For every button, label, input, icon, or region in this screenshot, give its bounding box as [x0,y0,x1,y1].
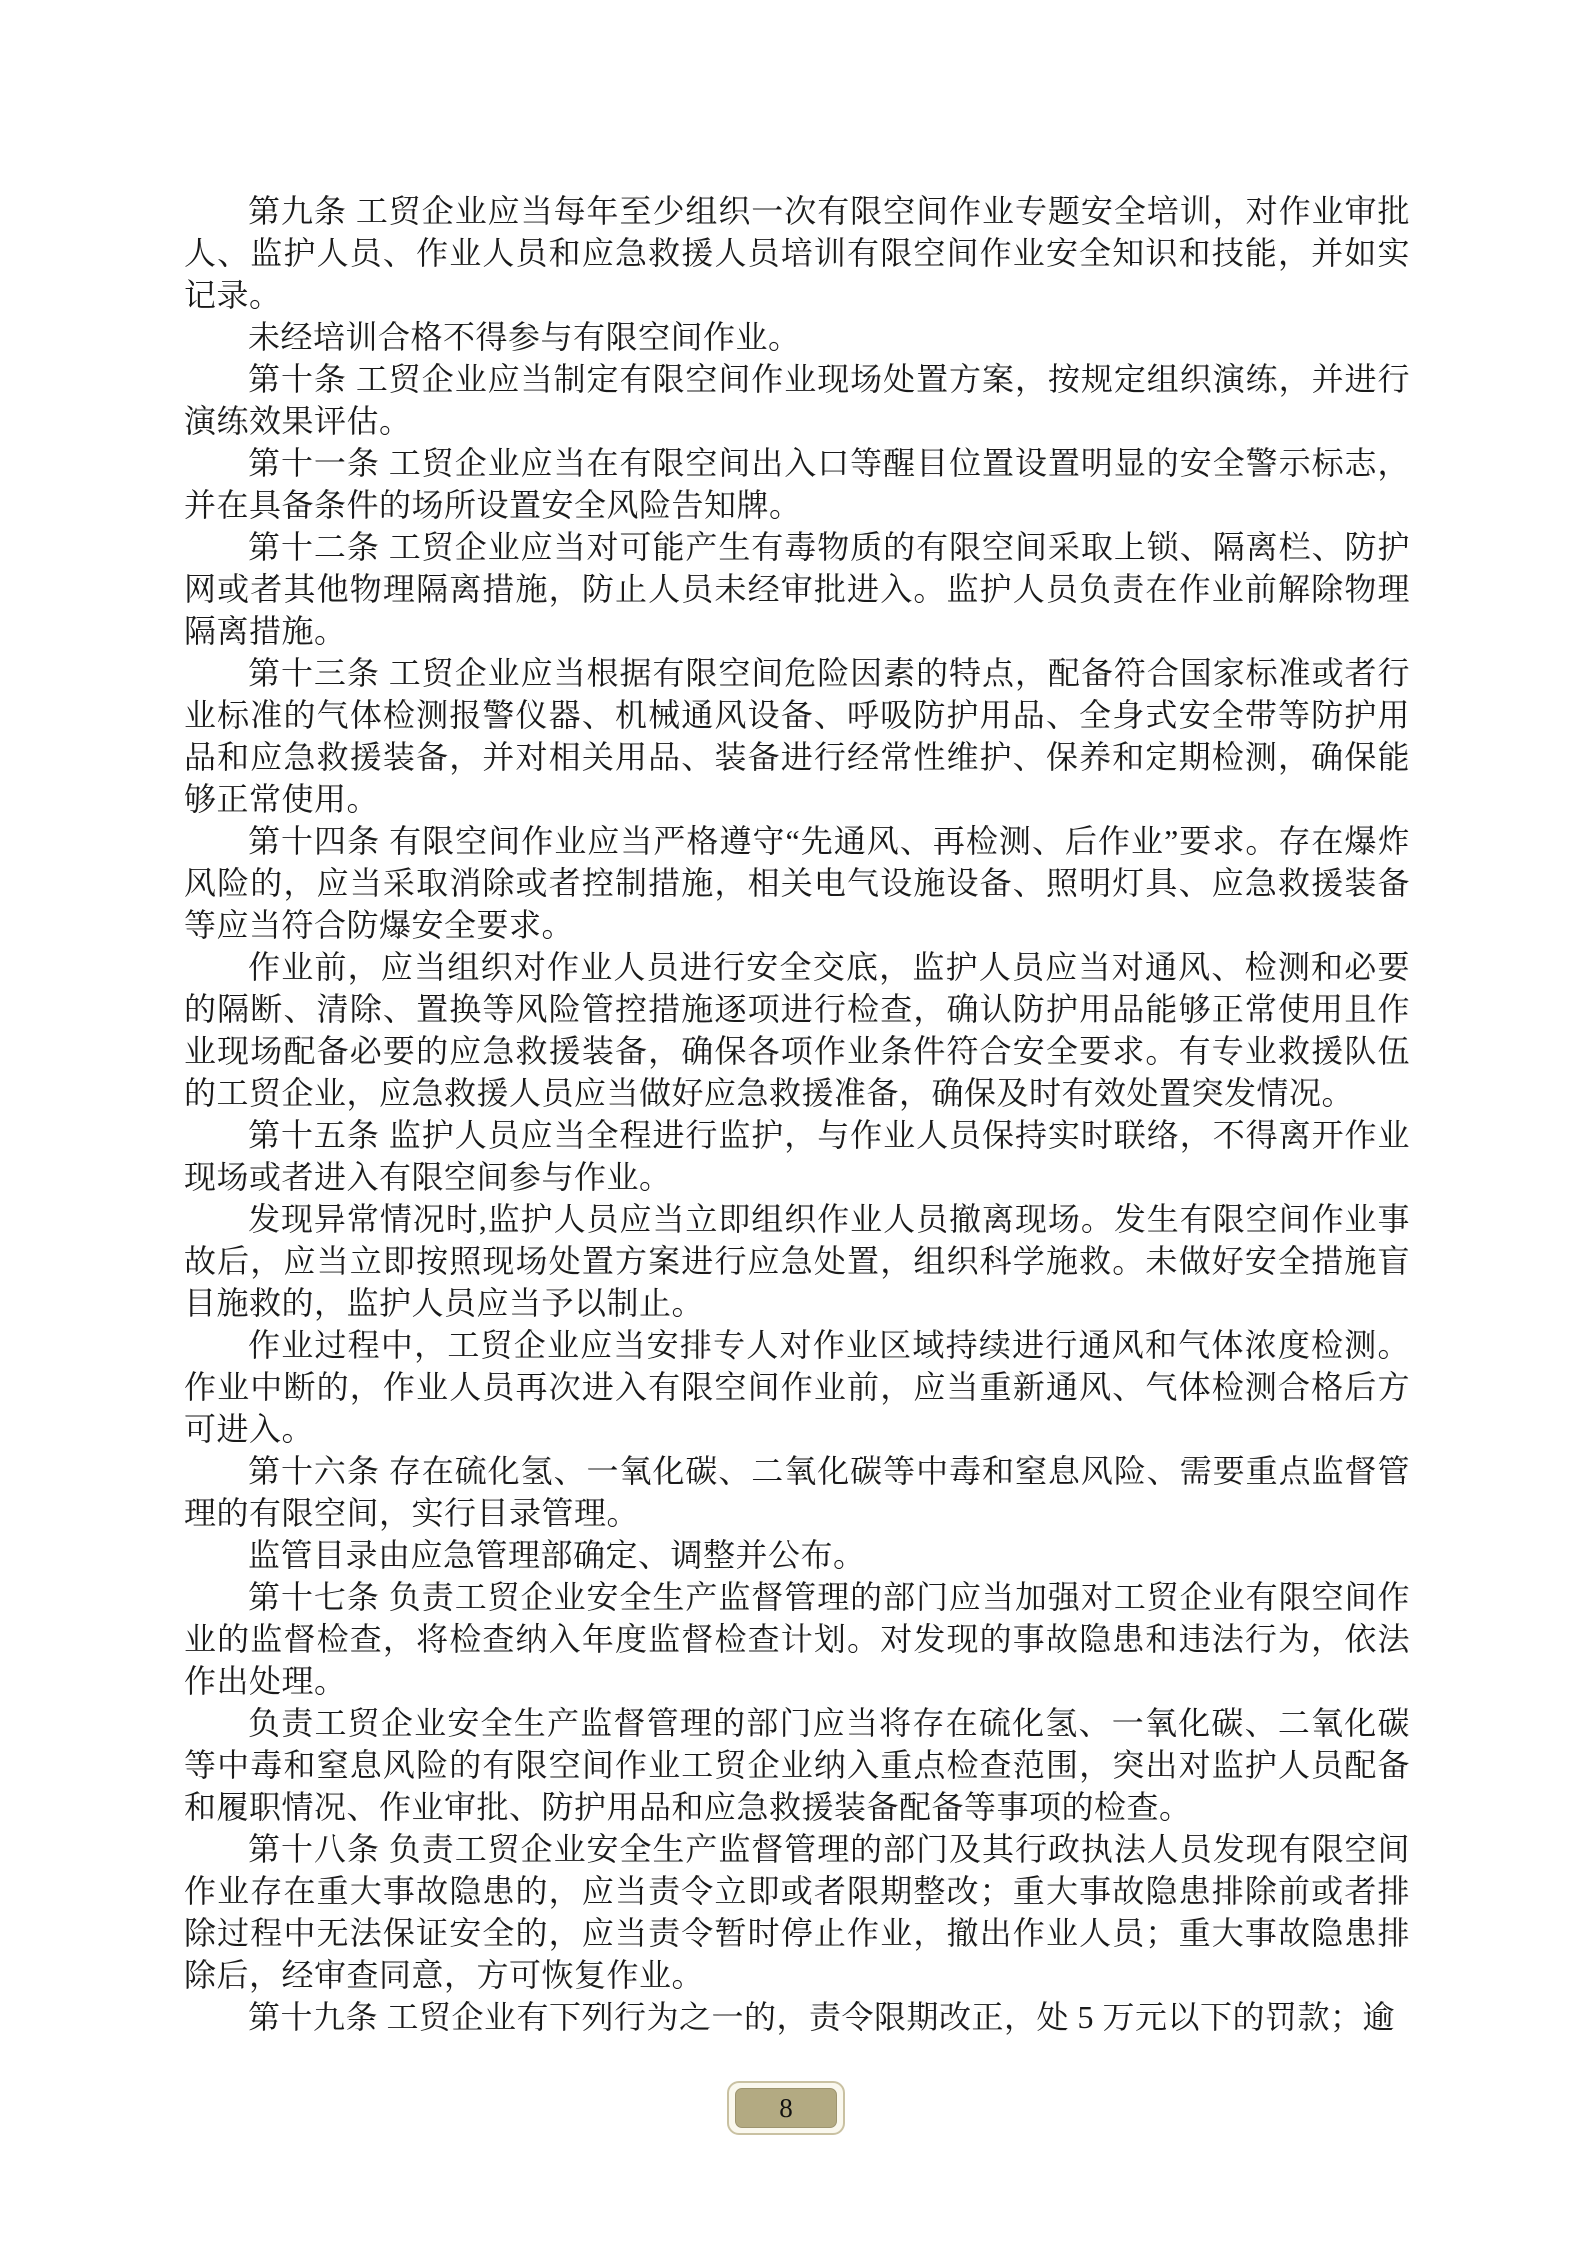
paragraph: 作业过程中，工贸企业应当安排专人对作业区域持续进行通风和气体浓度检测。作业中断的… [184,1324,1410,1450]
paragraph: 第十七条 负责工贸企业安全生产监督管理的部门应当加强对工贸企业有限空间作业的监督… [184,1576,1410,1702]
paragraph: 第十一条 工贸企业应当在有限空间出入口等醒目位置设置明显的安全警示标志，并在具备… [184,442,1410,526]
paragraph: 作业前，应当组织对作业人员进行安全交底，监护人员应当对通风、检测和必要的隔断、清… [184,946,1410,1114]
paragraph: 负责工贸企业安全生产监督管理的部门应当将存在硫化氢、一氧化碳、二氧化碳等中毒和窒… [184,1702,1410,1828]
paragraph: 第十条 工贸企业应当制定有限空间作业现场处置方案，按规定组织演练，并进行演练效果… [184,358,1410,442]
paragraph: 第十九条 工贸企业有下列行为之一的，责令限期改正，处 5 万元以下的罚款；逾 [184,1996,1410,2038]
paragraph: 第十五条 监护人员应当全程进行监护，与作业人员保持实时联络，不得离开作业现场或者… [184,1114,1410,1198]
page-number-inner: 8 [735,2088,837,2128]
paragraph: 监管目录由应急管理部确定、调整并公布。 [184,1534,1410,1576]
paragraph: 第十二条 工贸企业应当对可能产生有毒物质的有限空间采取上锁、隔离栏、防护网或者其… [184,526,1410,652]
paragraph: 第十八条 负责工贸企业安全生产监督管理的部门及其行政执法人员发现有限空间作业存在… [184,1828,1410,1996]
paragraph: 第十六条 存在硫化氢、一氧化碳、二氧化碳等中毒和窒息风险、需要重点监督管理的有限… [184,1450,1410,1534]
paragraph: 第十三条 工贸企业应当根据有限空间危险因素的特点，配备符合国家标准或者行业标准的… [184,652,1410,820]
paragraph: 发现异常情况时,监护人员应当立即组织作业人员撤离现场。发生有限空间作业事故后，应… [184,1198,1410,1324]
paragraph: 未经培训合格不得参与有限空间作业。 [184,316,1410,358]
page-number-badge: 8 [727,2081,845,2135]
paragraph: 第十四条 有限空间作业应当严格遵守“先通风、再检测、后作业”要求。存在爆炸风险的… [184,820,1410,946]
page-number: 8 [779,2095,793,2122]
document-page: 第九条 工贸企业应当每年至少组织一次有限空间作业专题安全培训，对作业审批人、监护… [0,0,1588,2257]
document-body: 第九条 工贸企业应当每年至少组织一次有限空间作业专题安全培训，对作业审批人、监护… [184,190,1410,2038]
paragraph: 第九条 工贸企业应当每年至少组织一次有限空间作业专题安全培训，对作业审批人、监护… [184,190,1410,316]
